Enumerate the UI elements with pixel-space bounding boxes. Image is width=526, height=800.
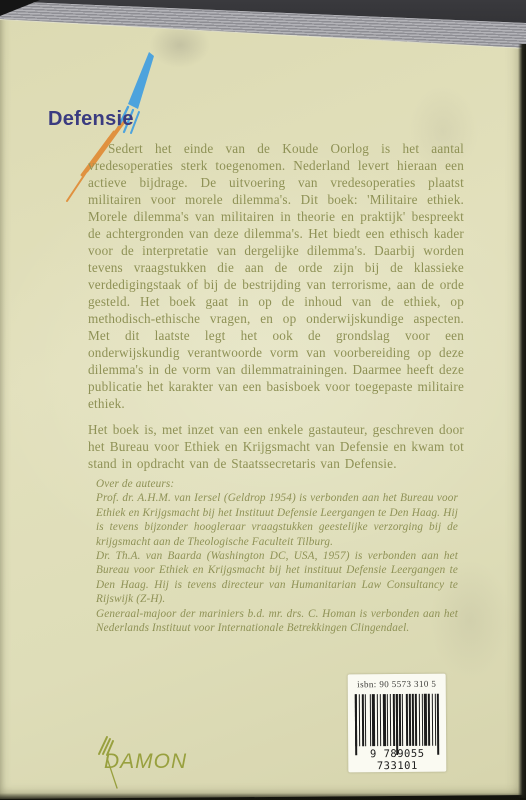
book-bottom-edge-shadow bbox=[0, 793, 526, 800]
author-bio: Generaal-majoor der mariniers b.d. mr. d… bbox=[96, 607, 458, 636]
author-bio: Dr. Th.A. van Baarda (Washington DC, USA… bbox=[96, 549, 458, 607]
blurb-paragraph-2: Het boek is, met inzet van een enkele ga… bbox=[88, 421, 464, 472]
ean-digits: 9 789055 733101 bbox=[348, 748, 446, 773]
book-back-cover-photo: Defensie Sedert het einde van de Koude O… bbox=[0, 0, 526, 800]
barcode-panel: isbn: 90 5573 310 5 9 789055 733101 bbox=[348, 674, 447, 773]
blurb-paragraph-1: Sedert het einde van de Koude Oorlog is … bbox=[88, 140, 464, 412]
authors-heading: Over de auteurs: bbox=[96, 477, 458, 491]
blurb-text: Sedert het einde van de Koude Oorlog is … bbox=[88, 140, 464, 472]
back-cover: Defensie Sedert het einde van de Koude O… bbox=[0, 0, 526, 800]
authors-section: Over de auteurs: Prof. dr. A.H.M. van Ie… bbox=[96, 477, 458, 635]
defensie-wordmark: Defensie bbox=[48, 108, 134, 131]
publisher-name: DAMON bbox=[104, 750, 187, 774]
publisher-logo: DAMON bbox=[90, 732, 210, 792]
author-bio: Prof. dr. A.H.M. van Iersel (Geldrop 195… bbox=[96, 491, 458, 549]
book-right-edge-shadow bbox=[518, 44, 526, 798]
isbn-label: isbn: 90 5573 310 5 bbox=[348, 679, 446, 690]
